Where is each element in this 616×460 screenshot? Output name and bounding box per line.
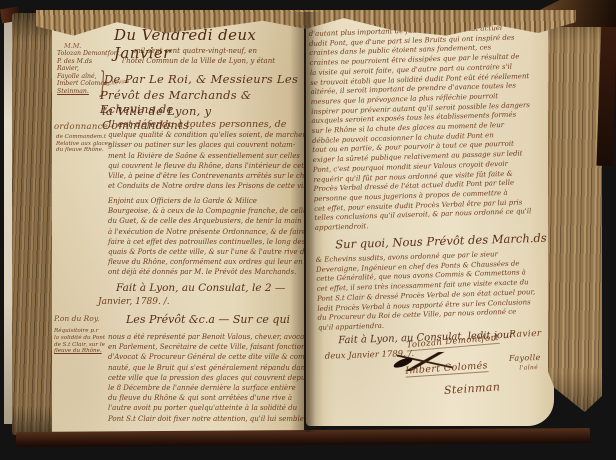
manuscript-line: faire à cet effet des patrouilles contin… bbox=[108, 237, 304, 247]
manuscript-line: fleuve du Rhône, conformément aux ordres… bbox=[108, 257, 304, 267]
margin-official-name: Tolozan Demontfort, bbox=[57, 50, 121, 58]
manuscript-line: ment la Rivière de Saône & essentielleme… bbox=[108, 151, 304, 161]
signature-fayolle: Fayolle bbox=[509, 353, 541, 363]
manuscript-line: et Conduits de Notre ordre dans les Pris… bbox=[108, 181, 304, 191]
manuscript-line: qui couvrent le fleuve du Rhône, dans l'… bbox=[108, 161, 304, 171]
manuscript-line: quais & Ports de cette ville, & sur l'un… bbox=[108, 247, 304, 257]
manuscript-line: quelque qualité & condition qu'elles soi… bbox=[108, 130, 304, 140]
session-place-line: l'hôtel Commun de la Ville de Lyon, y ét… bbox=[122, 57, 275, 65]
ordinance-paragraph-2: Enjoint aux Officiers de la Garde & Mili… bbox=[108, 196, 304, 278]
margin-note-line: la solidité du Pont bbox=[54, 335, 105, 342]
margin-note-line: du fleuve Rhône. bbox=[56, 147, 111, 154]
manuscript-line: nous a été représenté par Benoit Valous,… bbox=[108, 332, 304, 342]
manuscript-line: du fleuve du Rhône & qui sont arrêtées d… bbox=[108, 393, 304, 403]
prevot-heading: Les Prévôt &c.a — Sur ce qui bbox=[126, 313, 290, 326]
requisition-paragraph: nous a été représenté par Benoit Valous,… bbox=[108, 332, 304, 424]
left-manuscript-page: Du Vendredi deux Janvier mil sept cent q… bbox=[52, 16, 304, 432]
ordinance-paragraph-1: Il est défendu à toutes personnes, deque… bbox=[108, 120, 304, 191]
manuscript-line: cette ville que la pression des glaces q… bbox=[108, 373, 304, 383]
manuscript-line: Enjoint aux Officiers de la Garde & Mili… bbox=[108, 196, 304, 206]
proclamation-heading-line1: De Par Le Roi, & Messieurs Les bbox=[104, 72, 298, 86]
margin-note-line: fleuve du Rhône. bbox=[54, 348, 105, 355]
manuscript-line: nauté, que le Bruit qui s'est généraleme… bbox=[108, 363, 304, 373]
margin-note-line: Réquisitoire p.r bbox=[54, 328, 105, 335]
margin-note-du-roy: P.on du Roy. bbox=[54, 314, 99, 323]
manuscript-line: glisser ou patiner sur les glaces qui co… bbox=[108, 140, 304, 150]
signature-ravier: Ravier bbox=[509, 329, 542, 340]
manuscript-line: Bourgeoise, & à ceux de la Compagnie fra… bbox=[108, 206, 304, 216]
margin-officials-heading: M.M. bbox=[64, 42, 81, 50]
left-dateline-year: Janvier, 1789. /. bbox=[98, 297, 170, 307]
manuscript-line: en Parlement, Secrétaire de cette Ville,… bbox=[108, 342, 304, 352]
session-date-line2: mil sept cent quatre-vingt-neuf, en bbox=[134, 47, 257, 55]
decision-heading: Sur quoi, Nous Prévôt des March.ds bbox=[335, 231, 547, 252]
book-fore-edge-right bbox=[548, 10, 602, 412]
manuscript-line: d'Avocat & Procureur Général de cette di… bbox=[108, 352, 304, 362]
manuscript-line: Pont S.t Clair doit fixer notre attentio… bbox=[108, 414, 304, 424]
continuation-paragraph: d'autant plus important de faire constat… bbox=[309, 23, 534, 234]
margin-note-ordonnance: de Commandem.tRelative aux glacesdu fleu… bbox=[56, 134, 111, 154]
manuscript-line: ont déjà été donnés par M. le Prévôt des… bbox=[108, 267, 304, 277]
manuscript-line: Il est défendu à toutes personnes, de bbox=[108, 120, 304, 130]
book-cover-bottom bbox=[16, 428, 590, 447]
manuscript-line: du Guet, & de celle des Arquebusiers, de… bbox=[108, 216, 304, 226]
manuscript-line: l'autre avoit pu porter quelqu'atteinte … bbox=[108, 403, 304, 413]
manuscript-line: Ville, à peine d'être les Contrevenants … bbox=[108, 171, 304, 181]
manuscript-line: le 8 Décembre de l'année dernière la sur… bbox=[108, 383, 304, 393]
margin-official-name: P. des M.ds bbox=[57, 58, 121, 66]
decision-paragraph: & Echevins susdits, avons ordonné que pa… bbox=[316, 249, 537, 333]
margin-note-requisitoire: Réquisitoire p.rla solidité du Pontde S.… bbox=[54, 328, 105, 355]
margin-note-ordonnance-heading: ordonnance bbox=[54, 122, 108, 132]
manuscript-line: à l'exécution de Notre présente Ordonnan… bbox=[108, 227, 304, 237]
right-manuscript-page: 187. d'autant plus important de faire co… bbox=[306, 14, 554, 426]
signature-fayolle-laine: l'aîné bbox=[519, 364, 538, 372]
signature-steinman: Steinman bbox=[444, 380, 501, 397]
margin-note-line: de Commandem.t bbox=[56, 134, 111, 141]
right-page-text-block: 187. d'autant plus important de faire co… bbox=[306, 14, 554, 426]
left-dateline: Fait à Lyon, au Consulat, le 2 — bbox=[116, 282, 285, 294]
book-fore-edge-left bbox=[12, 13, 56, 435]
